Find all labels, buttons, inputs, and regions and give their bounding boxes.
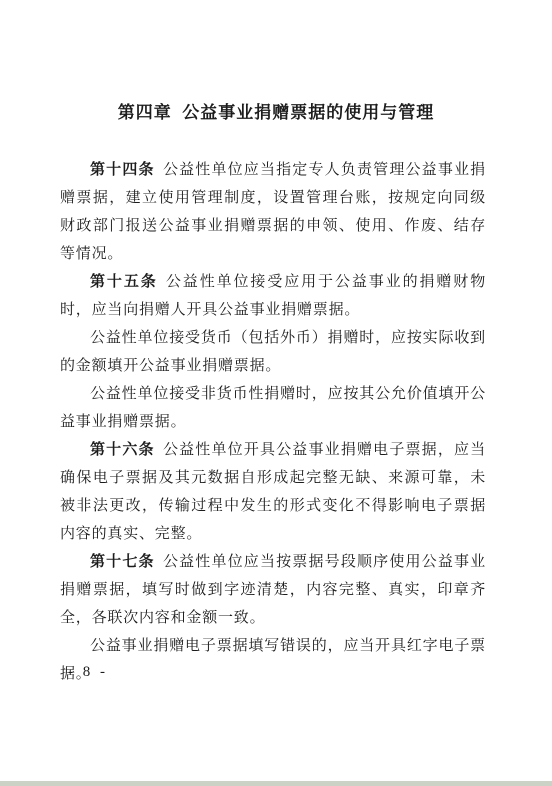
- document-body: 第十四条公益性单位应当指定专人负责管理公益事业捐赠票据，建立使用管理制度，设置管…: [60, 156, 486, 688]
- paragraph-text: 公益性单位接受货币（包括外币）捐赠时，应按实际收到的金额填开公益事业捐赠票据。: [60, 330, 486, 374]
- paragraph-text: 公益事业捐赠电子票据填写错误的，应当开具红字电子票据。: [60, 638, 486, 682]
- paragraph-electronic-receipt-error: 公益事业捐赠电子票据填写错误的，应当开具红字电子票据。: [60, 632, 486, 688]
- page-number: - 8 -: [68, 662, 108, 682]
- chapter-title: 第四章 公益事业捐赠票据的使用与管理: [0, 0, 552, 122]
- paragraph-article-14: 第十四条公益性单位应当指定专人负责管理公益事业捐赠票据，建立使用管理制度，设置管…: [60, 156, 486, 268]
- paragraph-article-17: 第十七条公益性单位应当按票据号段顺序使用公益事业捐赠票据，填写时做到字迹清楚，内…: [60, 548, 486, 632]
- article-number: 第十五条: [90, 274, 158, 290]
- article-number: 第十七条: [90, 554, 155, 570]
- page-bottom-edge: [0, 781, 552, 786]
- paragraph-article-15: 第十五条公益性单位接受应用于公益事业的捐赠财物时，应当向捐赠人开具公益事业捐赠票…: [60, 268, 486, 324]
- paragraph-text: 公益性单位接受非货币性捐赠时，应按其公允价值填开公益事业捐赠票据。: [60, 386, 486, 430]
- article-number: 第十四条: [90, 162, 155, 178]
- article-number: 第十六条: [90, 442, 155, 458]
- paragraph-nonmonetary-donation: 公益性单位接受非货币性捐赠时，应按其公允价值填开公益事业捐赠票据。: [60, 380, 486, 436]
- paragraph-article-16: 第十六条公益性单位开具公益事业捐赠电子票据，应当确保电子票据及其元数据自形成起完…: [60, 436, 486, 548]
- paragraph-monetary-donation: 公益性单位接受货币（包括外币）捐赠时，应按实际收到的金额填开公益事业捐赠票据。: [60, 324, 486, 380]
- document-page: 第四章 公益事业捐赠票据的使用与管理 第十四条公益性单位应当指定专人负责管理公益…: [0, 0, 552, 786]
